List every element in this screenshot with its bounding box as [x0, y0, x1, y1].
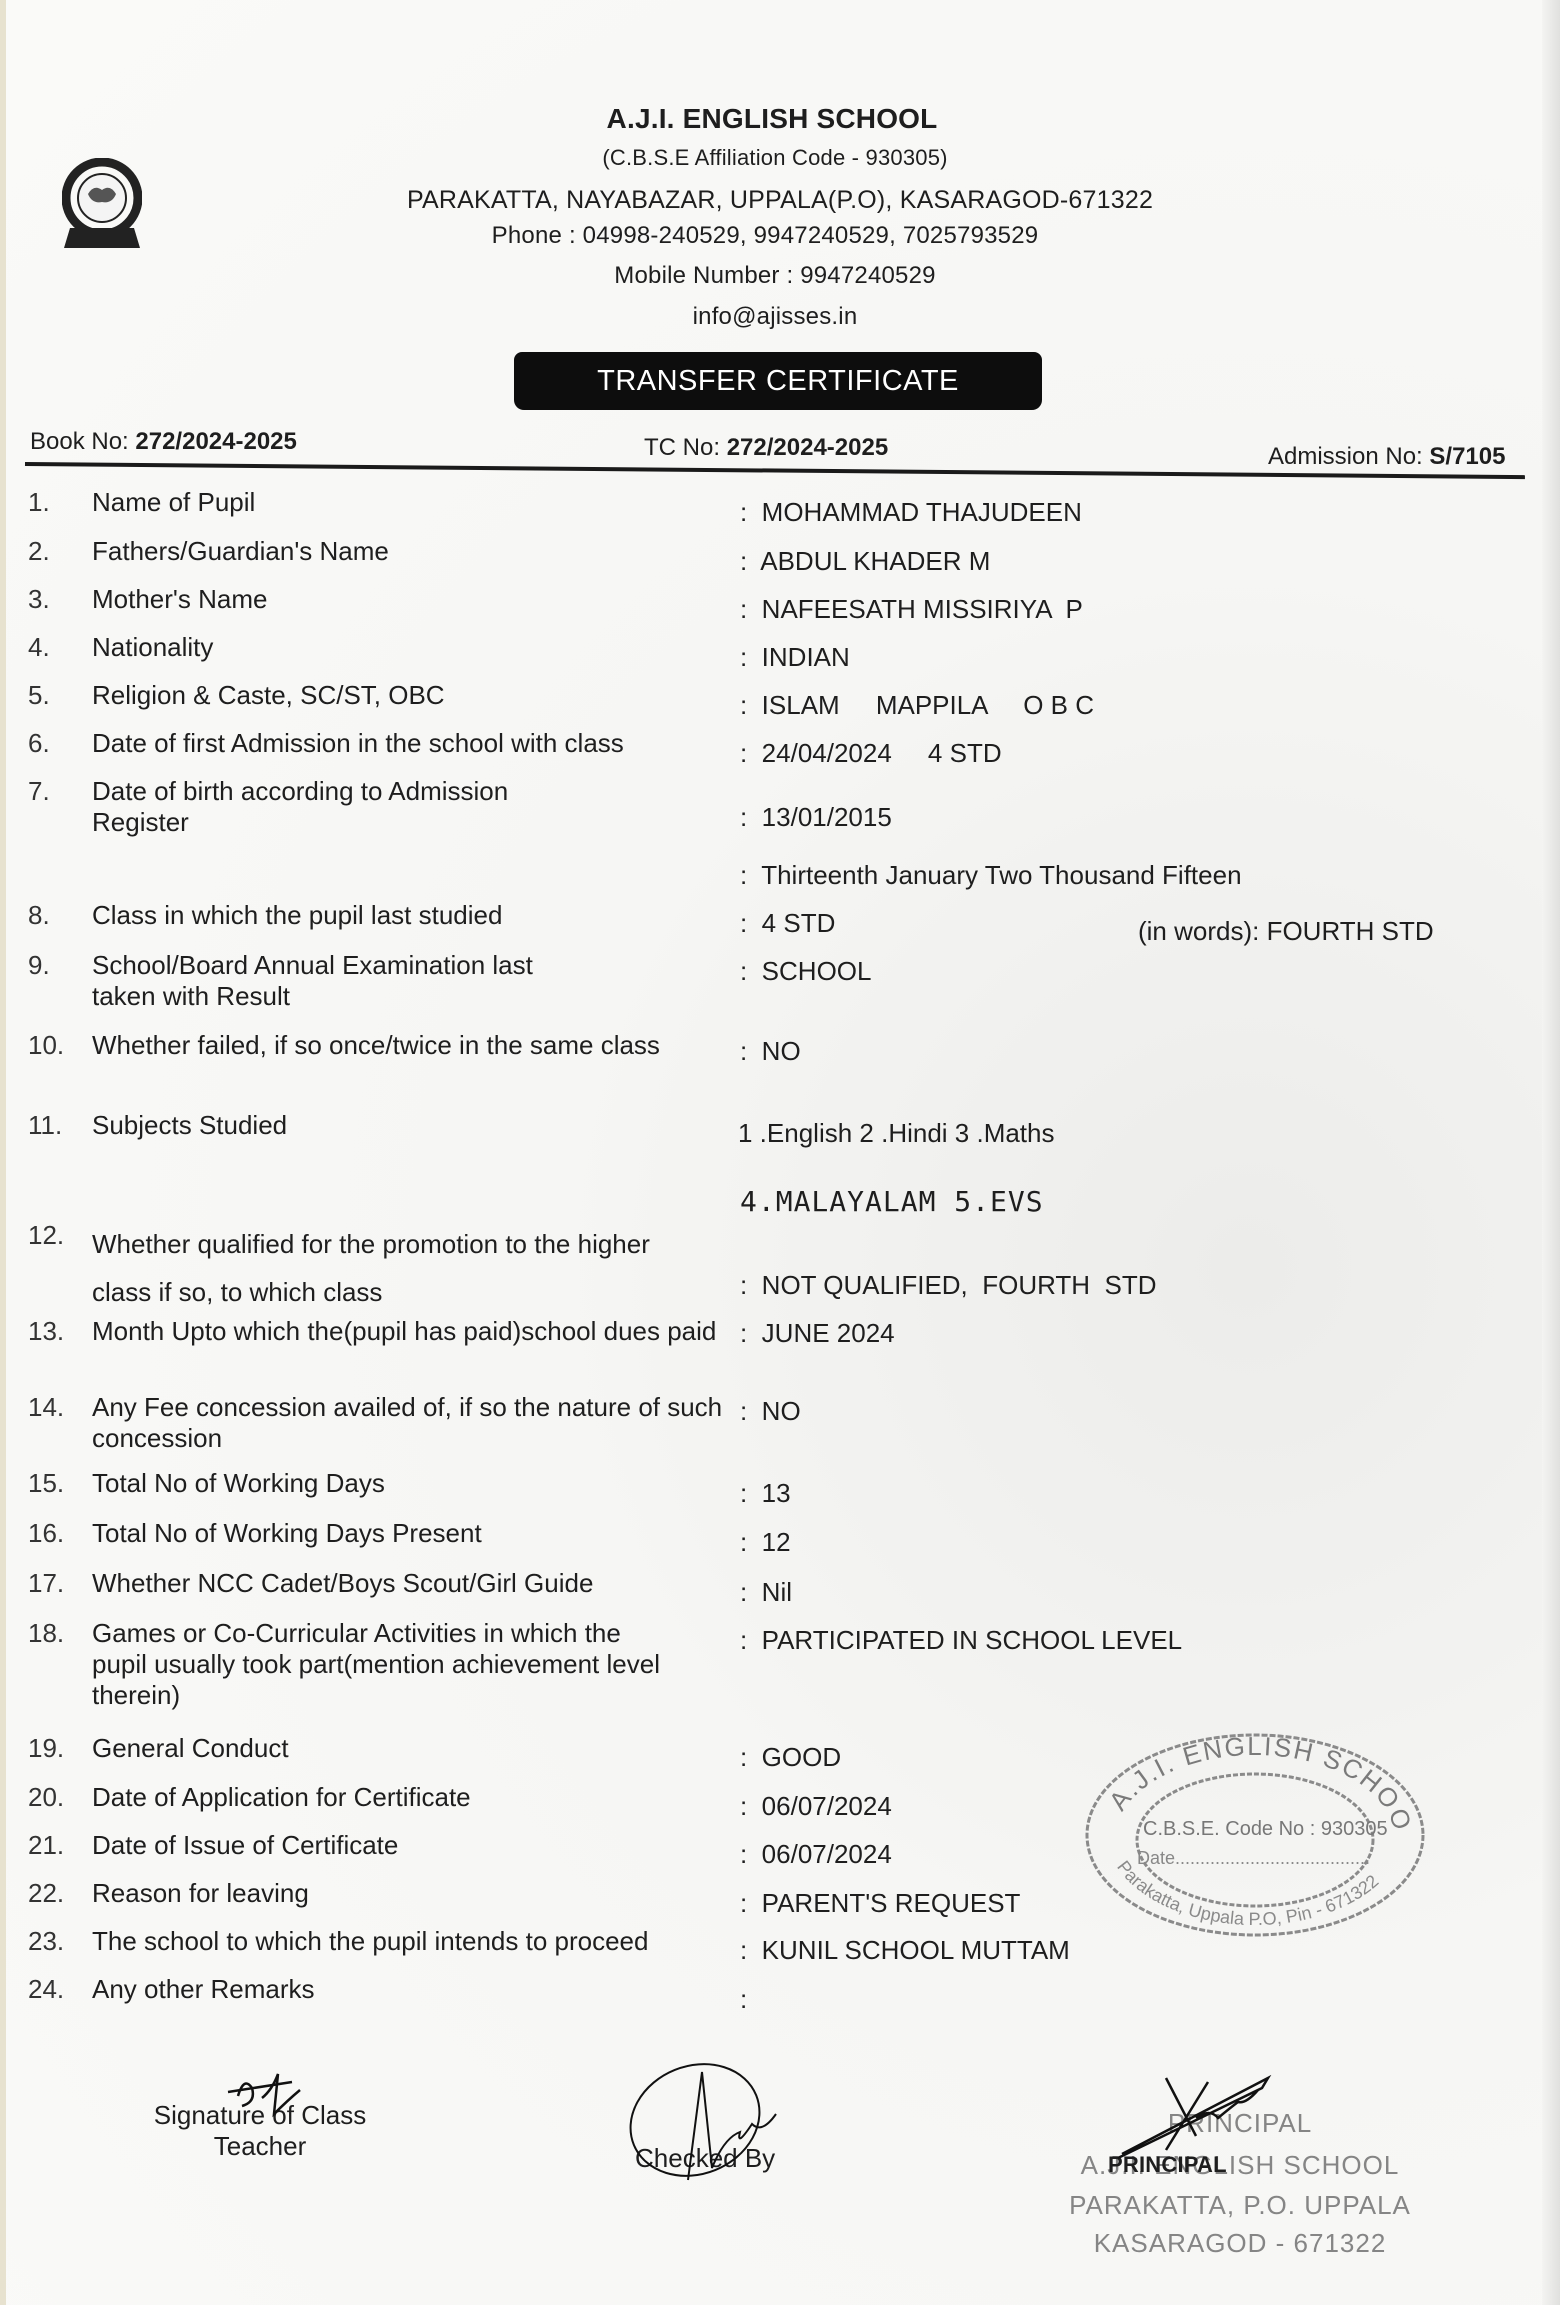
field-label: Total No of Working Days — [92, 1468, 732, 1499]
principal-stamp-line: KASARAGOD - 671322 — [1030, 2228, 1450, 2259]
school-mobile: Mobile Number : 9947240529 — [0, 262, 1555, 290]
field-number: 7. — [28, 776, 80, 807]
svg-text:C.B.S.E. Code No : 930305: C.B.S.E. Code No : 930305 — [1143, 1818, 1388, 1840]
field-value: : MOHAMMAD THAJUDEEN — [740, 497, 1560, 528]
field-value: : NO — [740, 1396, 1560, 1427]
book-number: Book No: 272/2024-2025 — [30, 428, 297, 456]
field-value: : 24/04/2024 4 STD — [740, 738, 1560, 769]
field-label: The school to which the pupil intends to… — [92, 1926, 732, 1957]
field-number: 8. — [28, 900, 80, 931]
field-value: : INDIAN — [740, 642, 1560, 673]
field-label: Date of first Admission in the school wi… — [92, 728, 732, 759]
field-number: 23. — [28, 1926, 80, 1957]
field-value: : 13/01/2015 — [740, 802, 1560, 833]
field-value: : JUNE 2024 — [740, 1318, 1560, 1349]
field-number: 19. — [28, 1733, 80, 1764]
field-value: : NO — [740, 1036, 1560, 1067]
field-label: Religion & Caste, SC/ST, OBC — [92, 680, 732, 711]
field-label: Whether qualified for the promotion to t… — [92, 1220, 652, 1316]
school-phone: Phone : 04998-240529, 9947240529, 702579… — [0, 222, 1545, 250]
field-label: Whether failed, if so once/twice in the … — [92, 1030, 742, 1061]
field-value: : — [740, 1984, 1560, 2015]
field-value: : PARTICIPATED IN SCHOOL LEVEL — [740, 1625, 1560, 1656]
field-number: 6. — [28, 728, 80, 759]
field-number: 13. — [28, 1316, 80, 1347]
field-number: 17. — [28, 1568, 80, 1599]
field-number: 24. — [28, 1974, 80, 2005]
field-number: 20. — [28, 1782, 80, 1813]
school-address: PARAKATTA, NAYABAZAR, UPPALA(P.O), KASAR… — [0, 186, 1560, 215]
field-value: : Thirteenth January Two Thousand Fiftee… — [740, 860, 1560, 891]
field-label: Any Fee concession availed of, if so the… — [92, 1392, 742, 1454]
field-number: 9. — [28, 950, 80, 981]
field-value: : 12 — [740, 1527, 1560, 1558]
school-email: info@ajisses.in — [0, 303, 1555, 331]
field-value: : ISLAM MAPPILA O B C — [740, 690, 1560, 721]
field-label: Month Upto which the(pupil has paid)scho… — [92, 1316, 732, 1347]
principal-stamp-line: PARAKATTA, P.O. UPPALA — [1030, 2190, 1450, 2221]
field-number: 4. — [28, 632, 80, 663]
field-number: 16. — [28, 1518, 80, 1549]
field-label: Date of Application for Certificate — [92, 1782, 732, 1813]
field-label: Mother's Name — [92, 584, 732, 615]
field-label: Any other Remarks — [92, 1974, 732, 2005]
field-label: Date of Issue of Certificate — [92, 1830, 732, 1861]
field-label: Reason for leaving — [92, 1878, 732, 1909]
field-value: : NOT QUALIFIED, FOURTH STD — [740, 1270, 1560, 1301]
document-title: TRANSFER CERTIFICATE — [514, 352, 1042, 410]
school-seal-stamp: A.J.I. ENGLISH SCHOOL Parakatta, Uppala … — [1075, 1720, 1435, 1940]
field-value: : 13 — [740, 1478, 1560, 1509]
admission-number: Admission No: S/7105 — [1268, 443, 1505, 471]
school-affiliation: (C.B.S.E Affiliation Code - 930305) — [0, 145, 1555, 171]
field-extra-value: (in words): FOURTH STD — [1138, 916, 1560, 947]
field-number: 5. — [28, 680, 80, 711]
field-number: 15. — [28, 1468, 80, 1499]
field-number: 3. — [28, 584, 80, 615]
field-label: School/Board Annual Examination last tak… — [92, 950, 552, 1012]
field-label: Games or Co-Curricular Activities in whi… — [92, 1618, 672, 1711]
subjects-list-handwritten: 4.MALAYALAM 5.EVS — [740, 1186, 1560, 1217]
field-value: : NAFEESATH MISSIRIYA P — [740, 594, 1560, 625]
field-number: 18. — [28, 1618, 80, 1649]
checked-by-label: Checked By — [635, 2143, 775, 2174]
tc-number: TC No: 272/2024-2025 — [644, 434, 888, 462]
field-number: 10. — [28, 1030, 80, 1061]
principal-stamp-line: PRINCIPAL — [1120, 2108, 1360, 2139]
field-value: : Nil — [740, 1577, 1560, 1608]
principal-label: PRINCIPAL — [1108, 2152, 1227, 2178]
subjects-list-typed: 1 .English 2 .Hindi 3 .Maths — [738, 1118, 1560, 1149]
field-label: Fathers/Guardian's Name — [92, 536, 732, 567]
field-number: 22. — [28, 1878, 80, 1909]
field-number: 14. — [28, 1392, 80, 1423]
field-label: Subjects Studied — [92, 1110, 732, 1141]
field-label: Total No of Working Days Present — [92, 1518, 732, 1549]
school-name: A.J.I. ENGLISH SCHOOL — [0, 103, 1552, 135]
field-label: Nationality — [92, 632, 732, 663]
principal-stamp-line: A.J.I. ENGLISH SCHOOL — [1030, 2150, 1450, 2181]
class-teacher-signature-label: Signature of Class Teacher — [145, 2100, 375, 2162]
field-value: : SCHOOL — [740, 956, 1560, 987]
field-number: 21. — [28, 1830, 80, 1861]
field-number: 1. — [28, 487, 80, 518]
field-label: Name of Pupil — [92, 487, 732, 518]
field-number: 11. — [28, 1110, 80, 1141]
field-number: 2. — [28, 536, 80, 567]
field-label: Date of birth according to Admission Reg… — [92, 776, 562, 838]
field-number: 12. — [28, 1220, 80, 1251]
svg-text:Date..........................: Date....................................… — [1137, 1848, 1370, 1868]
scan-edge-left — [0, 0, 6, 2305]
field-label: General Conduct — [92, 1733, 732, 1764]
field-label: Whether NCC Cadet/Boys Scout/Girl Guide — [92, 1568, 732, 1599]
field-value: : ABDUL KHADER M — [740, 546, 1560, 577]
